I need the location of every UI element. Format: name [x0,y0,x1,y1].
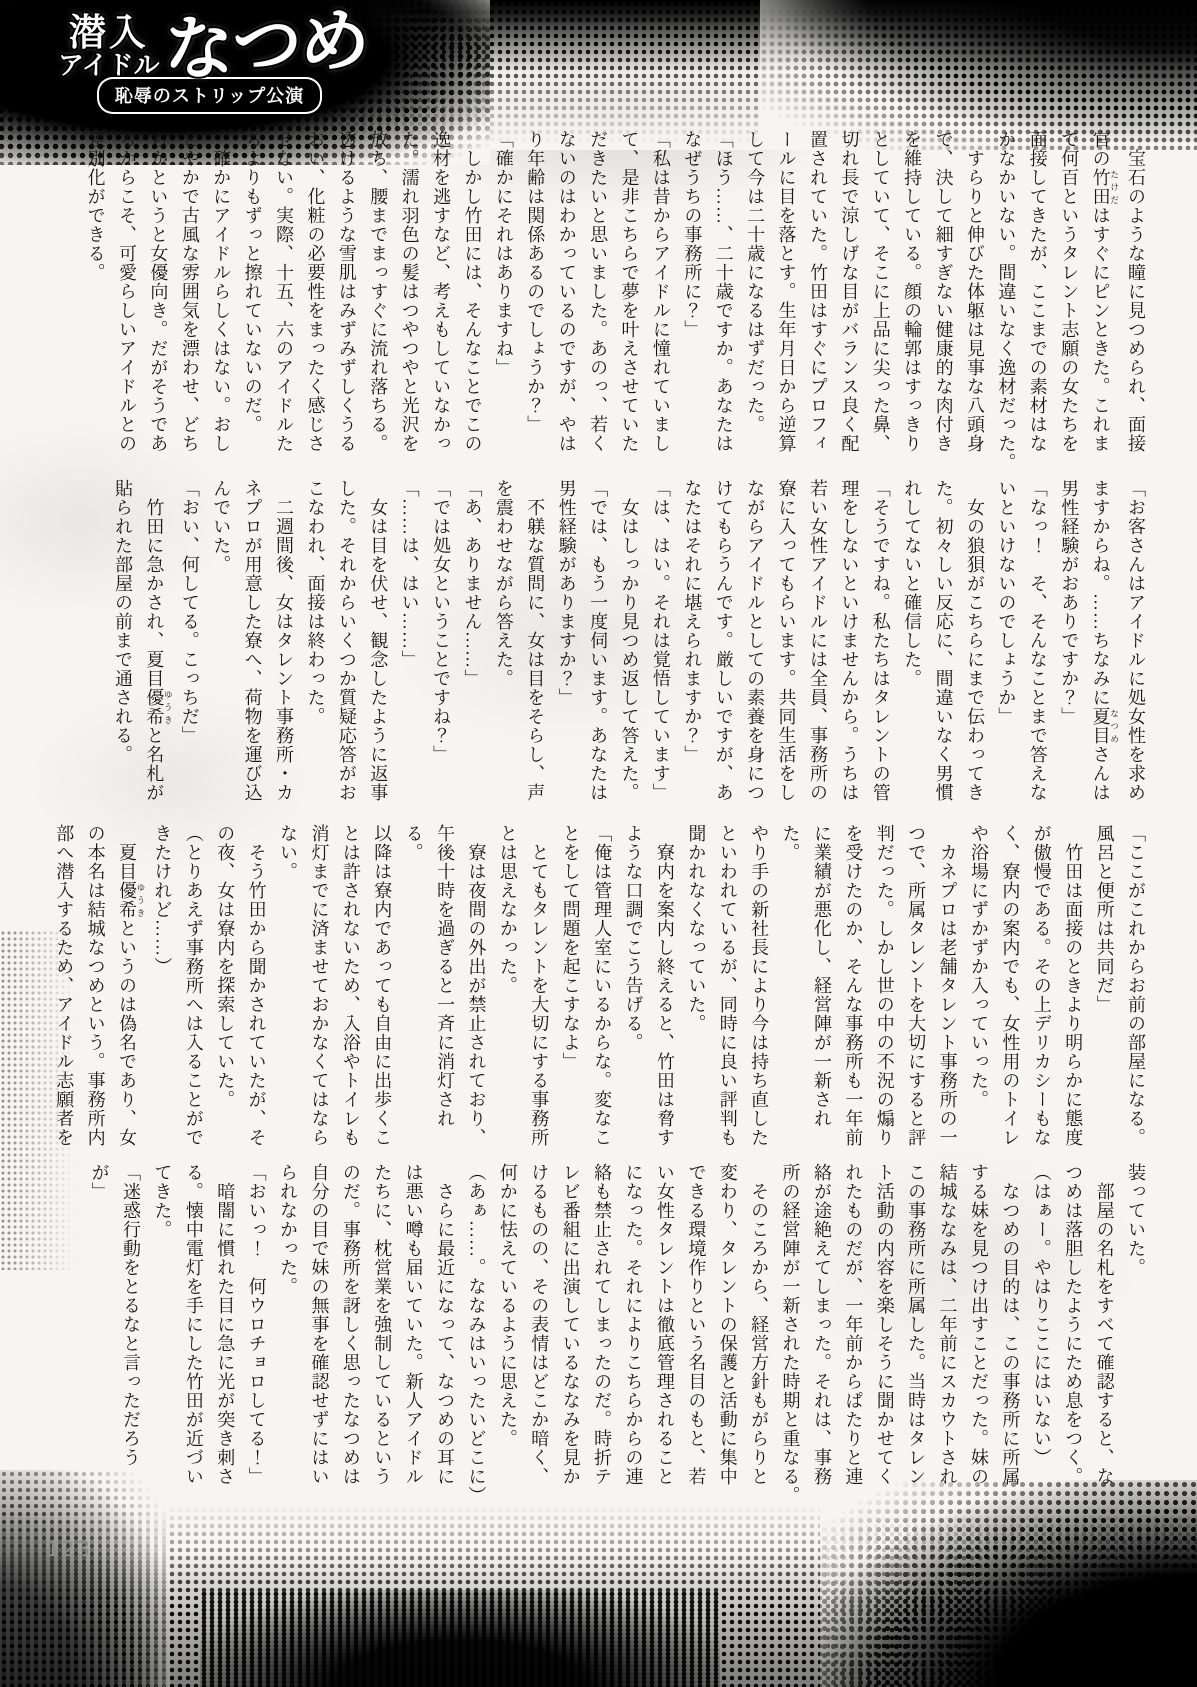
text-column: なつめの目的は、この事務所に所属 [994,1163,1025,1533]
text-column: るからこそ、可愛らしいアイドルとの [111,130,142,476]
text-column: が」 [83,1163,114,1533]
text-column: は悪い噂も届いていた。新人アイドル [397,1163,428,1533]
text-column: の本名は結城なつめという。事務所内 [79,824,110,1160]
text-column: すらりと伸びた体躯は見事な八頭身 [959,130,990,476]
text-column: の夜、女は寮内を探索していた。 [209,824,240,1160]
text-column: レビ番組に出演しているななみを見か [554,1163,585,1533]
text-column: 女はしっかり見つめ返して答えた。 [613,479,644,811]
logo-banner-deco-left: ✕✕ [68,84,97,106]
text-column: 面接してきたが、ここまでの素材はな [1021,130,1052,476]
text-column: 男性経験がありますか？」 [550,479,581,811]
text-column: 透けるような雪肌はみずみずしくうる [330,130,361,476]
text-column: 「お客さんはアイドルに処女性を求め [1120,479,1151,811]
text-column: 官の竹田たけだはすぐにピンときた。これま [1084,130,1119,476]
text-column: 男性経験がおありですか？」 [1053,479,1084,811]
text-column: けるものの、その表情はどこか暗く、 [523,1163,554,1533]
text-column: 「確かにそれはありますね」 [487,130,518,476]
text-column: この事務所に所属した。当時はタレン [900,1163,931,1533]
text-column: られなかった。 [272,1163,303,1533]
text-column: 「俺は管理人室にいるからな。変なこ [586,824,617,1160]
text-column: 「そうですね。私たちはタレントの管 [864,479,895,811]
text-column: さらに最近になって、なつめの耳に [429,1163,460,1533]
text-column: とは許されないため、入浴やトイレも [334,824,365,1160]
text-column: かなかいない。間違いなく逸材だった。 [990,130,1021,476]
text-column: とてもタレントを大切にする事務所 [523,824,554,1160]
text-column: 「……は、はい……」 [393,479,424,811]
text-column: 聞かれなくなっていた。 [680,824,711,1160]
text-column: だきたいと思いました。あのっ、若く [582,130,613,476]
text-column: 結城ななみは、二年前にスカウトされ [931,1163,962,1533]
text-column: といわれているが、同時に良い評判も [711,824,742,1160]
text-column: （あぁ……。ななみはいったいどこに） [460,1163,491,1533]
text-column: 不躾な質問に、女は目をそらし、声 [519,479,550,811]
text-column: れしてないと確信した。 [896,479,927,811]
text-column: 切れ長で涼しげな目がバランス良く配 [833,130,864,476]
text-column: つめは落胆したようにため息をつく。 [1057,1163,1088,1533]
series-logo: 潜入 アイドル なつめ ✕✕ 恥辱のストリップ公演 ✕✕ [58,12,368,112]
text-column: ールに目を落とす。生年月日から逆算 [770,130,801,476]
text-column: で、決して細すぎない健康的な肉付き [927,130,958,476]
text-column: が傲慢である。その上デリカシーもな [1025,824,1056,1160]
text-column: 貼られた部屋の前まで通される。 [107,479,138,811]
text-column: 装っていた。 [1120,1163,1151,1533]
text-column: 放ち、腰までまっすぐに流れ落ちる。 [362,130,393,476]
text-column: 以降は寮内であっても自由に出歩くこ [366,824,397,1160]
text-column: する妹を見つけ出すことだった。妹の [963,1163,994,1533]
text-column: い女性タレントは徹底管理されること [649,1163,680,1533]
text-column: 竹田は面接のときより明らかに態度 [1057,824,1088,1160]
text-column: 変わり、タレントの保護と活動に集中 [711,1163,742,1533]
text-column: 寮に入ってもらいます。共同生活をし [770,479,801,811]
text-column: ないのはわかっているのですが、やは [550,130,581,476]
text-column: 差別化ができる。 [79,130,110,476]
text-column: たちに、枕営業を強制しているという [366,1163,397,1533]
text-column: ながらアイドルとしての素養を身につ [739,479,770,811]
logo-kicker: 潜入 アイドル [58,14,160,79]
text-column: ネプロが用意した寮へ、荷物を運び込 [236,479,267,811]
text-column: 夏目優希ゆうきというのは偽名であり、女 [111,824,146,1160]
text-column: 何かに怯えているように思えた。 [491,1163,522,1533]
logo-kicker-line1: 潜入 [69,14,149,51]
text-column: 「おいっ！ 何ウロチョロしてる！」 [240,1163,271,1533]
logo-title-row: 潜入 アイドル なつめ [58,12,368,79]
text-column: なたはそれに堪えられますか？」 [676,479,707,811]
text-column: 確かにアイドルらしくはない。おし [205,130,236,476]
text-column: つで、所属タレントを大切にすると評 [900,824,931,1160]
text-column: 二週間後、女はタレント事務所・カ [268,479,299,811]
text-column: や浴場にずかずか入っていった。 [963,824,994,1160]
text-column: 逸材を逃すなど、考えもしていなかっ [425,130,456,476]
text-column: らかというと女優向き。だがそうであ [142,130,173,476]
text-band-4: 装っていた。 部屋の名札をすべて確認すると、なつめは落胆したようにため息をつく。… [83,1163,1151,1533]
text-column: り年齢は関係あるのでしょうか？」 [519,130,550,476]
text-column: 絡が途絶えてしまった。それは、事務 [806,1163,837,1533]
text-column: 若い女性アイドルには全員、事務所の [802,479,833,811]
text-column: して今は二十歳になるはずだった。 [739,130,770,476]
text-column: を維持している。顔の輪郭はすっきり [896,130,927,476]
text-column: 「あ、ありません……」 [456,479,487,811]
text-column: いといけないのでしょうか」 [990,479,1021,811]
text-column: した。それからいくつか質疑応答がお [330,479,361,811]
text-column: （はぁー。やはりここにはいない） [1025,1163,1056,1533]
text-column: 竹田に急かされ、夏目優希ゆうきと名札が [138,479,173,811]
text-column: 部へ潜入するため、アイドル志願者を [48,824,79,1160]
text-column: ちよりもずっと擦れていないのだ。 [236,130,267,476]
text-column: 自分の目で妹の無事を確認せずにはい [303,1163,334,1533]
text-column: た。濡れ羽色の髪はつやつやと光沢を [393,130,424,476]
logo-banner-deco-right: ✕✕ [322,84,351,106]
text-column: （とりあえず事務所へは入ることがで [177,824,208,1160]
text-column: 「なっ！ そ、そんなことまで答えな [1021,479,1052,811]
text-column: を震わせながら答えた。 [487,479,518,811]
text-column: としていて、そこに上品に尖った鼻、 [864,130,895,476]
text-column: きたけれど……） [146,824,177,1160]
logo-title: なつめ [163,7,368,84]
text-column: そう竹田から聞かされていたが、そ [240,824,271,1160]
text-column: ト活動の内容を楽しそうに聞かせてく [868,1163,899,1533]
text-column: けてもらうんです。厳しいですが、あ [707,479,738,811]
text-column: 「おい、何してる。こっちだ」 [173,479,204,811]
text-column: なぜうちの事務所に？」 [676,130,707,476]
text-column: 判だった。しかし世の中の不況の煽り [868,824,899,1160]
text-band-3: 「ここがこれからお前の部屋になる。風呂と便所は共同だ」 竹田は面接のときより明ら… [48,824,1151,1160]
text-column: ない。 [272,824,303,1160]
text-column: とやかで古風な雰囲気を漂わせ、どち [173,130,204,476]
text-column: 暗闇に慣れた目に急に光が突き刺さ [209,1163,240,1533]
text-column: て、是非こちらで夢を叶えさせていた [613,130,644,476]
text-column: 女の狼狽がこちらにまで伝わってき [959,479,990,811]
text-column: れたものだが、一年前からぱたりと連 [837,1163,868,1533]
text-column: せない。実際、十五、六のアイドルた [268,130,299,476]
text-column: とをして問題を起こすなよ」 [554,824,585,1160]
text-column: んでいた。 [205,479,236,811]
text-column: こなわれ、面接は終わった。 [299,479,330,811]
text-column: 「は、はい。それは覚悟しています」 [645,479,676,811]
text-column: で何百というタレント志願の女たちを [1053,130,1084,476]
text-column: 理をしないといけませんから。うちは [833,479,864,811]
text-column: 「迷惑行動をとるなと言っただろう [115,1163,146,1533]
text-column: やり手の新社長により今は持ち直した [743,824,774,1160]
text-column: 女は目を伏せ、観念したように返事 [362,479,393,811]
text-column: のだ。事務所を訝しく思ったなつめは [334,1163,365,1533]
text-column: になった。それによりこちらからの連 [617,1163,648,1533]
text-column: 「ここがこれからお前の部屋になる。 [1120,824,1151,1160]
text-column: おい、化粧の必要性をまったく感じさ [299,130,330,476]
text-column: 「ほう……、二十歳ですか。あなたは [707,130,738,476]
text-column: 「では、もう一度伺います。あなたは [582,479,613,811]
text-column: る。懐中電灯を手にした竹田が近づい [177,1163,208,1533]
text-column: 「では処女ということですね？」 [425,479,456,811]
text-column: を受けたのか、そんな事務所も一年前 [837,824,868,1160]
novel-page: 潜入 アイドル なつめ ✕✕ 恥辱のストリップ公演 ✕✕ 宝石のような瞳に見つめ… [0,0,1197,1687]
text-column: そのころから、経営方針もがらりと [743,1163,774,1533]
text-column: 置されていた。竹田はすぐにプロフィ [802,130,833,476]
text-column: 部屋の名札をすべて確認すると、な [1088,1163,1119,1533]
text-column: 寮は夜間の外出が禁止されており、 [460,824,491,1160]
page-number: 123 [46,1537,92,1561]
text-column: に業績が悪化し、経営陣が一新された。 [774,824,837,1160]
text-column: 午後十時を過ぎると一斉に消灯される。 [397,824,460,1160]
text-column: ような口調でこう告げる。 [617,824,648,1160]
text-column: 「私は昔からアイドルに憧れていまし [645,130,676,476]
text-band-1: 宝石のような瞳に見つめられ、面接官の竹田たけだはすぐにピンときた。これまで何百と… [79,130,1151,476]
text-band-2: 「お客さんはアイドルに処女性を求めますからね。……ちなみに夏目なつめさんは男性経… [107,479,1151,811]
text-column: 宝石のような瞳に見つめられ、面接 [1120,130,1151,476]
logo-kicker-line2: アイドル [58,53,160,79]
halftone-top-right-corner [760,0,1197,150]
text-column: 風呂と便所は共同だ」 [1088,824,1119,1160]
text-column: できる環境作りという名目のもと、若 [680,1163,711,1533]
halftone-bottom-center-blob [200,1590,720,1687]
text-column: とは思えなかった。 [491,824,522,1160]
text-column: く、寮内の案内でも、女性用のトイレ [994,824,1025,1160]
text-column: 寮内を案内し終えると、竹田は脅す [649,824,680,1160]
text-column: しかし竹田には、そんなことでこの [456,130,487,476]
text-column: た。初々しい反応に、間違いなく男慣 [927,479,958,811]
text-column: てきた。 [146,1163,177,1533]
text-column: カネプロは老舗タレント事務所の一 [931,824,962,1160]
text-column: 所の経営陣が一新された時期と重なる。 [774,1163,805,1533]
text-column: 絡も禁止されてしまったのだ。時折テ [586,1163,617,1533]
text-column: 消灯までに済ませておかなくてはなら [303,824,334,1160]
text-column: ますからね。……ちなみに夏目なつめさんは [1084,479,1119,811]
